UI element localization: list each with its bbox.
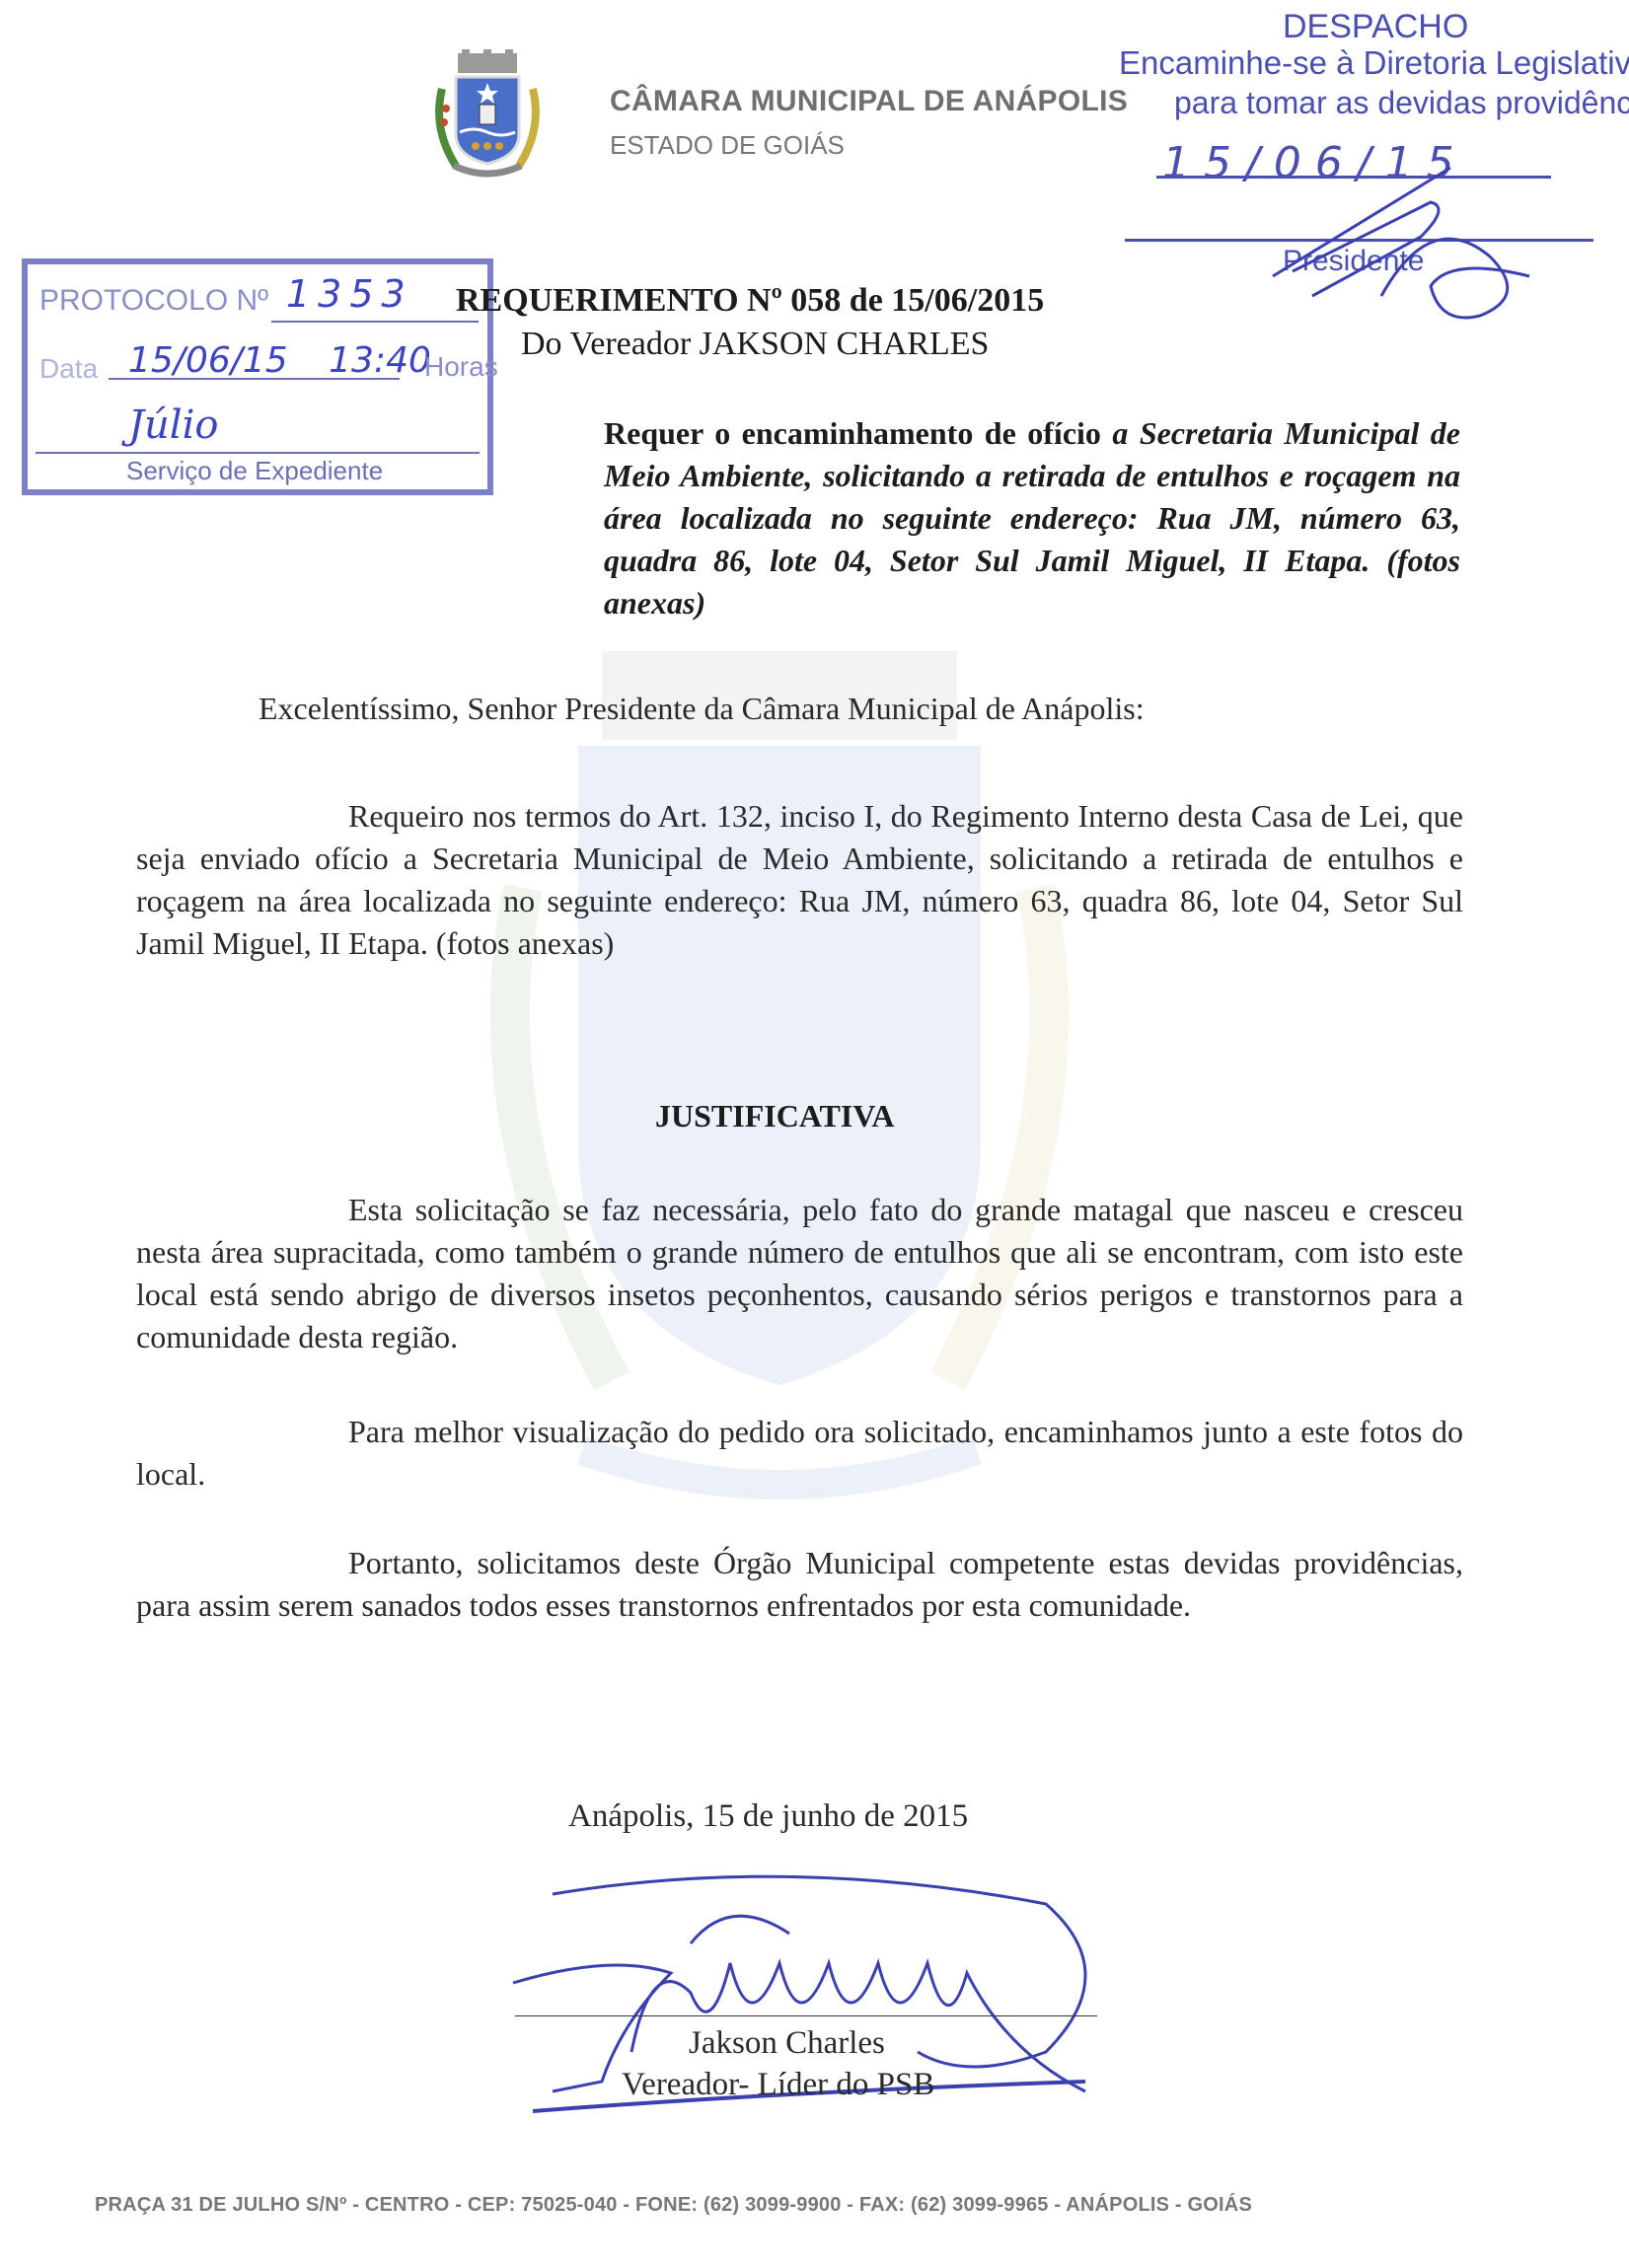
protocol-date-line (109, 378, 400, 380)
protocol-date: 15/06/15 (128, 340, 288, 381)
despacho-stamp-line2: para tomar as devidas providências (1174, 85, 1629, 121)
signature-line (515, 2015, 1097, 2016)
protocol-service: Serviço de Expediente (126, 456, 383, 486)
signer-name: Jakson Charles (689, 2025, 885, 2062)
despacho-stamp-title: DESPACHO (1283, 8, 1468, 46)
document-title: REQUERIMENTO Nº 058 de 15/06/2015 (456, 282, 1044, 320)
protocol-signature: Júlio (128, 402, 218, 448)
crest-watermark-icon (434, 631, 1125, 1519)
justification-paragraph-3: Portanto, solicitamos deste Órgão Munici… (136, 1542, 1463, 1627)
municipal-coat-of-arms-icon (432, 49, 543, 183)
request-paragraph: Requeiro nos termos do Art. 132, inciso … (136, 795, 1463, 965)
document-summary: Requer o encaminhamento de ofício a Secr… (604, 412, 1460, 624)
protocol-time: 13:40 (329, 340, 431, 381)
protocol-number: 1353 (286, 272, 413, 316)
president-signature-icon (1233, 148, 1549, 345)
protocol-date-label: Data (39, 353, 98, 385)
salutation: Excelentíssimo, Senhor Presidente da Câm… (259, 691, 1145, 727)
despacho-stamp-line1: Encaminhe-se à Diretoria Legislativa (1119, 44, 1629, 82)
summary-plain: Requer o encaminhamento de ofício (604, 415, 1112, 451)
justification-heading: JUSTIFICATIVA (655, 1098, 894, 1134)
protocol-signature-line (36, 452, 480, 454)
justification-paragraph-2: Para melhor visualização do pedido ora s… (136, 1411, 1463, 1496)
justification-paragraph-1: Esta solicitação se faz necessária, pelo… (136, 1189, 1463, 1358)
protocol-date-time: 15/06/15 13:40 (128, 340, 431, 381)
organization-name: CÂMARA MUNICIPAL DE ANÁPOLIS (610, 85, 1128, 118)
place-and-date: Anápolis, 15 de junho de 2015 (568, 1798, 968, 1835)
protocol-number-line (271, 321, 479, 323)
document-author: Do Vereador JAKSON CHARLES (521, 326, 989, 363)
footer-address: PRAÇA 31 DE JULHO S/Nº - CENTRO - CEP: 7… (95, 2194, 1252, 2217)
signer-role: Vereador- Líder do PSB (622, 2067, 934, 2103)
protocol-hours-label: Horas (424, 351, 498, 383)
protocol-label: PROTOCOLO Nº (39, 284, 268, 318)
organization-state: ESTADO DE GOIÁS (610, 130, 845, 161)
